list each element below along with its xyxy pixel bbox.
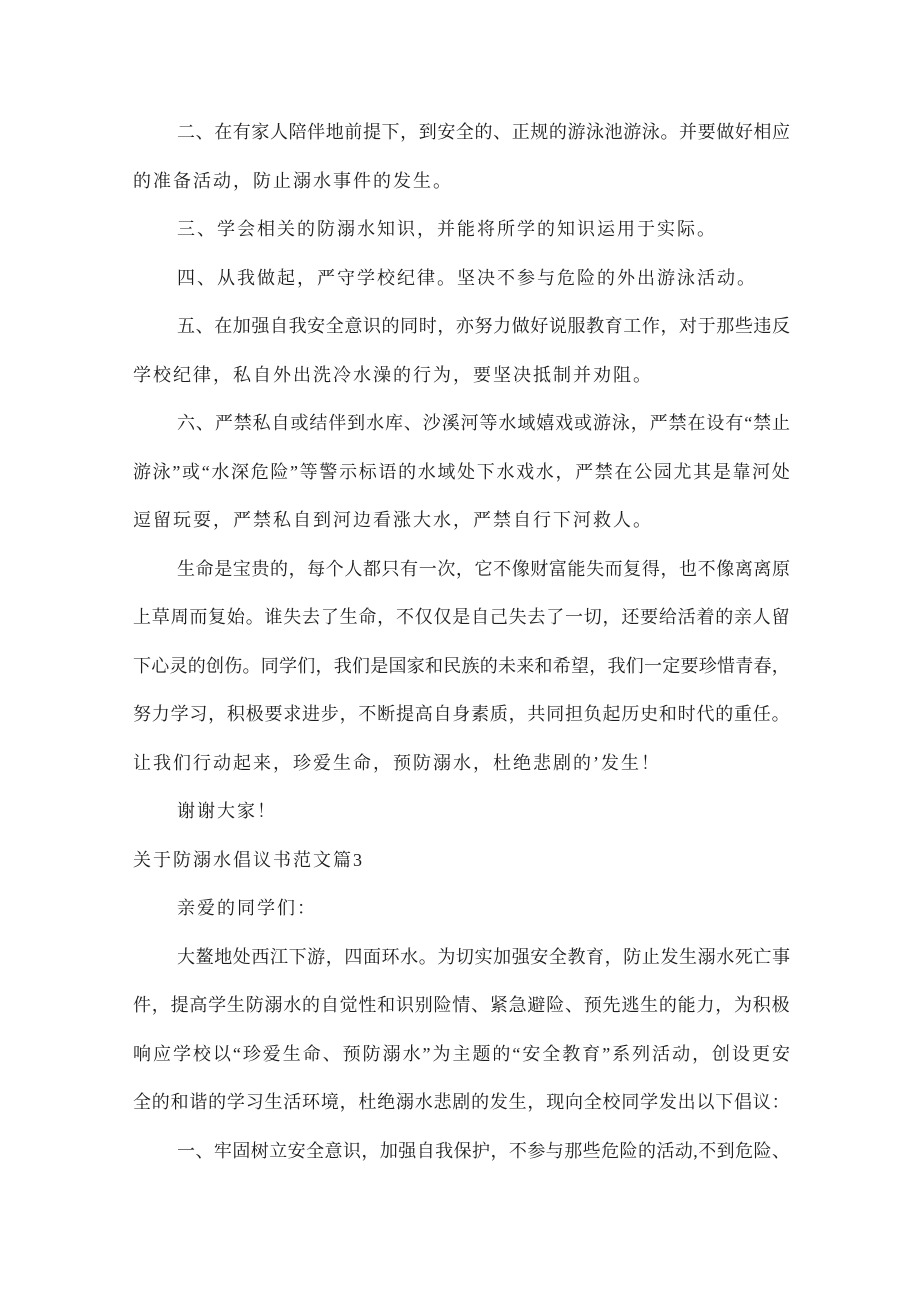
text-line: 下心灵的创伤。同学们，我们是国家和民族的未来和希望，我们一定要珍惜青春，	[133, 642, 790, 691]
text-line: 逗留玩耍，严禁私自到河边看涨大水，严禁自行下河救人。	[133, 496, 790, 545]
text-line: 大鳌地处西江下游，四面环水。为切实加强安全教育，防止发生溺水死亡事	[133, 933, 790, 982]
text-line: 让我们行动起来，珍爱生命，预防溺水，杜绝悲剧的’发生！	[133, 739, 790, 788]
text-line: 游泳”或“水深危险”等警示标语的水域处下水戏水，严禁在公园尤其是靠河处	[133, 448, 790, 497]
section-heading: 关于防溺水倡议书范文篇3	[133, 836, 790, 885]
document-text-block: 二、在有家人陪伴地前提下，到安全的、正规的游泳池游泳。并要做好相应 的准备活动，…	[133, 108, 790, 1175]
text-line: 的准备活动，防止溺水事件的发生。	[133, 157, 790, 206]
text-line: 努力学习，积极要求进步，不断提高自身素质，共同担负起历史和时代的重任。	[133, 690, 790, 739]
text-line: 三、学会相关的防溺水知识，并能将所学的知识运用于实际。	[133, 205, 790, 254]
text-line: 响应学校以“珍爱生命、预防溺水”为主题的“安全教育”系列活动，创设更安	[133, 1030, 790, 1079]
text-line: 生命是宝贵的，每个人都只有一次，它不像财富能失而复得，也不像离离原	[133, 545, 790, 594]
text-line: 学校纪律，私自外出洗冷水澡的行为，要坚决抵制并劝阻。	[133, 351, 790, 400]
text-line: 四、从我做起，严守学校纪律。坚决不参与危险的外出游泳活动。	[133, 254, 790, 303]
text-line: 二、在有家人陪伴地前提下，到安全的、正规的游泳池游泳。并要做好相应	[133, 108, 790, 157]
text-line: 全的和谐的学习生活环境，杜绝溺水悲剧的发生，现向全校同学发出以下倡议：	[133, 1078, 790, 1127]
salutation-line: 亲爱的同学们：	[133, 884, 790, 933]
text-line: 件，提高学生防溺水的自觉性和识别险情、紧急避险、预先逃生的能力，为积极	[133, 981, 790, 1030]
text-line: 上草周而复始。谁失去了生命，不仅仅是自己失去了一切，还要给活着的亲人留	[133, 593, 790, 642]
text-line: 五、在加强自我安全意识的同时，亦努力做好说服教育工作，对于那些违反	[133, 302, 790, 351]
document-page: 二、在有家人陪伴地前提下，到安全的、正规的游泳池游泳。并要做好相应 的准备活动，…	[0, 0, 920, 1301]
text-line: 一、牢固树立安全意识，加强自我保护，不参与那些危险的活动,不到危险、	[133, 1127, 790, 1176]
closing-line: 谢谢大家！	[133, 787, 790, 836]
text-line: 六、严禁私自或结伴到水库、沙溪河等水域嬉戏或游泳，严禁在设有“禁止	[133, 399, 790, 448]
